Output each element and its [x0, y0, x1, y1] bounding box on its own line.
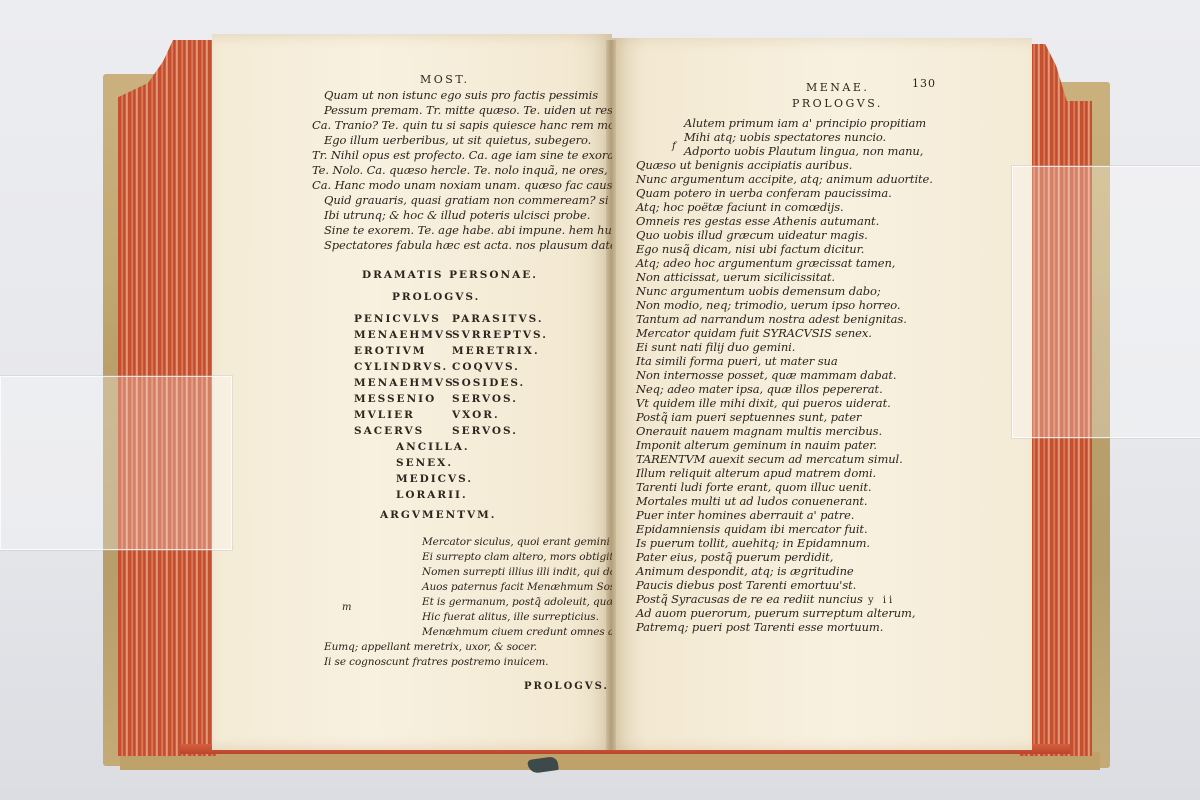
persona-role: SVRREPTVS.	[452, 330, 548, 341]
verse-line: TARENTVM auexit secum ad mercatum simul.	[636, 454, 903, 466]
running-head-right: MENAE.	[806, 82, 869, 93]
acrylic-page-holder-right	[1012, 166, 1200, 438]
verse-line: Mortales multi ut ad ludos conuenerant.	[636, 496, 867, 508]
verse-line: Adporto uobis Plautum lingua, non manu,	[684, 146, 923, 158]
book-photo-scene: MOST. Quam ut non istunc ego suis pro fa…	[0, 0, 1200, 800]
verse-line: Tarenti ludi forte erant, quom illuc uen…	[636, 482, 871, 494]
dialogue-line: Tr. Nihil opus est profecto. Ca. age iam…	[312, 150, 637, 162]
dialogue-line: Ca. Hanc modo unam noxiam unam. quæso fa…	[312, 180, 656, 192]
verse-line: Vt quidem ille mihi dixit, qui pueros ui…	[636, 398, 891, 410]
verse-line: Neq; adeo mater ipsa, quæ illos peperera…	[636, 384, 883, 396]
persona-role: SERVOS.	[452, 426, 518, 437]
persona-name: PENICVLVS	[354, 314, 441, 325]
persona-name: CYLINDRVS.	[354, 362, 448, 373]
argumentum-line: Hic fuerat alitus, ille surrepticius.	[422, 612, 599, 623]
verse-line: Imponit alterum geminum in nauim pater.	[636, 440, 877, 452]
persona-single: MEDICVS.	[396, 474, 473, 485]
verse-line: Postq̃ iam pueri septuennes sunt, pater	[636, 412, 861, 424]
persona-name: MESSENIO	[354, 394, 436, 405]
argumentum-line: Ii se cognoscunt fratres postremo inuice…	[324, 657, 548, 668]
argumentum-title: ARGVMENTVM.	[380, 510, 496, 521]
verse-line: Pater eius, postq̃ puerum perdidit,	[636, 552, 833, 564]
persona-role: COQVVS.	[452, 362, 520, 373]
acrylic-page-holder-left	[0, 376, 232, 550]
book-gutter	[606, 40, 616, 750]
signature-mark: y ii	[868, 596, 895, 606]
verse-line: Atq; adeo hoc argumentum græcissat tamen…	[636, 258, 895, 270]
verse-line: Ego nusq̃ dicam, nisi ubi factum dicitur…	[636, 244, 864, 256]
verse-line: Ad auom puerorum, puerum surreptum alter…	[636, 608, 915, 620]
persona-single: LORARII.	[396, 490, 468, 501]
persona-name: MVLIER	[354, 410, 415, 421]
folio-number: 130	[912, 78, 936, 89]
verse-line: Epidamniensis quidam ibi mercator fuit.	[636, 524, 868, 536]
argumentum-line: Eumq; appellant meretrix, uxor, & socer.	[324, 642, 537, 653]
persona-role: SOSIDES.	[452, 378, 525, 389]
verse-line: Omneis res gestas esse Athenis autumant.	[636, 216, 879, 228]
section-title: PROLOGVS.	[792, 98, 883, 109]
margin-mark: m	[342, 603, 351, 613]
right-page: MENAE. 130 PROLOGVS. f Alutem primum iam…	[612, 38, 1032, 750]
verse-line: Animum despondit, atq; is ægritudine	[636, 566, 854, 578]
persona-role: MERETRIX.	[452, 346, 540, 357]
margin-mark: f	[672, 142, 676, 152]
verse-line: Non atticissat, uerum sicilicissitat.	[636, 272, 835, 284]
verse-line: Quo uobis illud græcum uideatur magis.	[636, 230, 868, 242]
persona-single: SENEX.	[396, 458, 453, 469]
ribbon-bookmark	[527, 756, 559, 774]
verse-line: Illum reliquit alterum apud matrem domi.	[636, 468, 876, 480]
dialogue-line: Spectatores fabula hæc est acta. nos pla…	[324, 240, 620, 252]
persona-role: PARASITVS.	[452, 314, 543, 325]
persona-role: SERVOS.	[452, 394, 518, 405]
verse-line: Nunc argumentum accipite, atq; animum ad…	[636, 174, 933, 186]
persona-role: VXOR.	[452, 410, 500, 421]
verse-line: Ei sunt nati filij duo gemini.	[636, 342, 795, 354]
verse-line: Postq̃ Syracusas de re ea rediit nuncius	[636, 594, 863, 606]
verse-line: Is puerum tollit, auehitq; in Epidamnum.	[636, 538, 870, 550]
verse-line: Onerauit nauem magnam multis mercibus.	[636, 426, 882, 438]
prologus-label: PROLOGVS.	[392, 292, 480, 303]
verse-line: Ita simili forma pueri, ut mater sua	[636, 356, 838, 368]
catchword: PROLOGVS.	[524, 682, 609, 692]
verse-line: Non modio, neq; trimodio, uerum ipso hor…	[636, 300, 900, 312]
vellum-cover-bottom	[120, 752, 1100, 770]
verse-line: Puer inter homines aberrauit a' patre.	[636, 510, 854, 522]
argumentum-line: Ei surrepto clam altero, mors obtigit.	[422, 552, 617, 563]
persona-name: SACERVS	[354, 426, 424, 437]
running-head-left: MOST.	[420, 74, 470, 85]
verse-line: Patremq; pueri post Tarenti esse mortuum…	[636, 622, 883, 634]
verse-line: Quam potero in uerba conferam paucissima…	[636, 188, 892, 200]
dialogue-line: Quam ut non istunc ego suis pro factis p…	[324, 90, 598, 102]
left-page: MOST. Quam ut non istunc ego suis pro fa…	[212, 34, 612, 750]
verse-line: Mihi atq; uobis spectatores nuncio.	[684, 132, 886, 144]
argumentum-line: Mercator siculus, quoi erant gemini fili…	[422, 537, 633, 548]
verse-line: Nunc argumentum uobis demensum dabo;	[636, 286, 881, 298]
verse-line: Paucis diebus post Tarenti emortuu'st.	[636, 580, 856, 592]
verse-line: Non internosse posset, quæ mammam dabat.	[636, 370, 896, 382]
verse-line: Mercator quidam fuit SYRACVSIS senex.	[636, 328, 872, 340]
verse-line: Quæso ut benignis accipiatis auribus.	[636, 160, 852, 172]
verse-line: Atq; hoc poëtæ faciunt in comœdijs.	[636, 202, 844, 214]
verse-line: Alutem primum iam a' principio propitiam	[684, 118, 926, 130]
dialogue-line: Ibi utrunq; & hoc & illud poteris ulcisc…	[324, 210, 590, 222]
dialogue-line: Ego illum uerberibus, ut sit quietus, su…	[324, 135, 591, 147]
persona-name: EROTIVM	[354, 346, 426, 357]
dramatis-personae-title: DRAMATIS PERSONAE.	[362, 270, 538, 281]
persona-single: ANCILLA.	[396, 442, 470, 453]
persona-name: MENAEHMVS	[354, 330, 455, 341]
verse-line: Tantum ad narrandum nostra adest benigni…	[636, 314, 907, 326]
persona-name: MENAEHMVS	[354, 378, 455, 389]
